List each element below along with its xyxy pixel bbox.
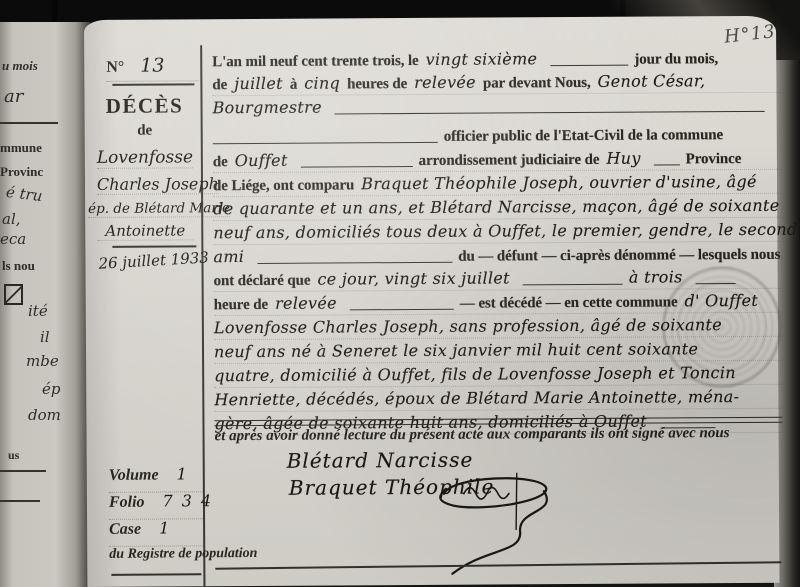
handwritten-text: Huy [606, 149, 640, 168]
handwritten-text: juillet [234, 74, 283, 93]
death-register-scan: u mois ar mmune Provinc é tru al, eca ls… [0, 0, 800, 587]
register-folio-row: Folio734 [109, 491, 205, 520]
edge-fragment: mbe [26, 352, 59, 370]
printed-text: jour du mois, [634, 51, 718, 68]
printed-text: de [212, 77, 227, 93]
handwritten-text: Bourgmestre [212, 98, 321, 118]
edge-rule [0, 122, 58, 124]
act-line: dejuilletàcinqheures derelevéepar devant… [212, 69, 782, 96]
act-line: de quarante et un ans, et Blétard Narcis… [213, 194, 783, 221]
printed-text: heure de [214, 297, 268, 313]
margin-rule [112, 83, 194, 86]
edge-fragment: u mois [2, 58, 38, 74]
volume-value: 1 [177, 464, 187, 483]
register-footer: du Registre de population [109, 546, 257, 563]
printed-text: — est décédé — en cette commune [460, 294, 678, 311]
handwritten-text: cinq [304, 73, 340, 92]
edge-fragment: Provinc [0, 164, 43, 180]
edge-fragment: mmune [0, 140, 42, 156]
printed-text: officier public de l'Etat-Civil de la co… [444, 127, 723, 145]
printed-text: arrondissement judiciaire de [419, 152, 600, 169]
handwritten-text: Genot César, [598, 71, 706, 91]
act-line: officier public de l'Etat-Civil de la co… [213, 123, 783, 149]
blank-rule [301, 153, 413, 168]
handwritten-text: neuf ans, domiciliés tous deux à Ouffet,… [213, 220, 797, 243]
printed-text: Province [686, 151, 742, 167]
volume-label: Volume [109, 467, 159, 484]
case-label: Case [109, 521, 141, 538]
blank-rule [350, 296, 454, 311]
handwritten-text: relevée [414, 73, 476, 92]
edge-fragment: ité [28, 302, 48, 320]
blank-rule [335, 98, 765, 115]
margin-bottom-rule [111, 573, 201, 576]
handwritten-text: à trois [629, 267, 683, 286]
edge-fragment: us [8, 448, 19, 463]
handwritten-text: Ouffet [235, 151, 288, 170]
closing-clause: et après avoir donné lecture du présent … [214, 425, 789, 446]
printed-text: de Liége, ont comparu [213, 177, 354, 194]
deceased-spouse-line2: Antoinette [97, 221, 193, 241]
printed-text: L'an mil neuf cent trente trois, le [212, 53, 418, 70]
handwritten-text: vingt sixième [426, 49, 538, 69]
edge-rule [0, 500, 40, 502]
blank-rule [523, 271, 623, 286]
printed-text: de [213, 154, 228, 170]
official-stamp-inner-ring [677, 281, 768, 374]
folio-value: 734 [162, 491, 220, 510]
edge-mark [4, 284, 23, 305]
act-number-value: 13 [140, 55, 164, 77]
edge-fragment: é tru [5, 183, 43, 205]
edge-fragment: ép [42, 380, 60, 398]
edge-fragment: al, [2, 210, 21, 228]
printed-text: ont déclaré que [214, 273, 311, 290]
act-line: amidu — défunt — ci-après dénommé — lesq… [213, 242, 783, 268]
deces-heading-de: de [93, 122, 197, 140]
blank-rule [257, 249, 452, 264]
act-line: de Liége, ont comparuBraquet Théophile J… [213, 170, 783, 197]
edge-rule [0, 470, 46, 472]
case-value: 1 [159, 518, 169, 537]
edge-fragment: ar [4, 86, 23, 107]
deces-heading: DÉCÈS [92, 93, 196, 119]
blank-rule [654, 151, 680, 165]
deceased-firstnames: Charles Joseph [97, 174, 219, 195]
handwritten-text: Henriette, décédés, époux de Blétard Mar… [214, 387, 739, 409]
handwritten-text: relevée [275, 293, 337, 312]
deceased-surname: Lovenfosse [97, 147, 193, 169]
printed-text: heures de [347, 76, 407, 92]
facing-page-edge: u mois ar mmune Provinc é tru al, eca ls… [0, 22, 90, 587]
register-page: H°13 N°13 DÉCÈS de Lovenfosse Charles Jo… [84, 16, 779, 587]
handwritten-text: Lovenfosse Charles Joseph, sans professi… [214, 315, 722, 337]
folio-label: Folio [109, 494, 145, 511]
printed-text: du — défunt — ci-après dénommé — lesquel… [458, 247, 780, 265]
act-number: N°13 [106, 54, 198, 82]
edge-fragment: il [40, 328, 50, 346]
edge-fragment: dom [28, 406, 61, 424]
mayor-signature-flourish [422, 469, 573, 578]
act-number-label: N° [106, 59, 124, 76]
handwritten-text: neuf ans né à Seneret le six janvier mil… [214, 339, 698, 361]
death-date: 26 juillet 1933 [98, 248, 209, 272]
act-line: L'an mil neuf cent trente trois, levingt… [212, 46, 782, 72]
official-stamp [662, 266, 783, 389]
deceased-spouse-line1: ép. de Blétard Marie [88, 200, 230, 218]
register-volume-row: Volume1 [109, 464, 205, 493]
act-line: neuf ans, domiciliés tous deux à Ouffet,… [213, 218, 783, 245]
edge-fragment: ls nou [2, 258, 35, 274]
handwritten-text: ce jour, vingt six juillet [317, 268, 510, 288]
handwritten-text: ami [213, 247, 244, 266]
corner-annotation: H°13 [723, 21, 777, 48]
register-case-row: Case1 [109, 518, 205, 547]
margin-rule [112, 245, 196, 248]
handwritten-text: quatre, domicilié à Ouffet, fils de Love… [214, 363, 736, 385]
handwritten-text: Braquet Théophile Joseph, ouvrier d'usin… [361, 172, 757, 193]
act-line: deOuffetarrondissement judiciaire deHuyP… [213, 146, 783, 173]
blank-rule [550, 52, 628, 66]
act-line: Bourgmestre [212, 93, 782, 119]
act-line: Henriette, décédés, époux de Blétard Mar… [214, 385, 784, 412]
handwritten-text: de quarante et un ans, et Blétard Narcis… [213, 196, 779, 218]
printed-text: par devant Nous, [483, 75, 591, 92]
printed-text: à [290, 77, 298, 93]
edge-fragment: eca [0, 230, 26, 248]
blank-rule [213, 129, 438, 144]
